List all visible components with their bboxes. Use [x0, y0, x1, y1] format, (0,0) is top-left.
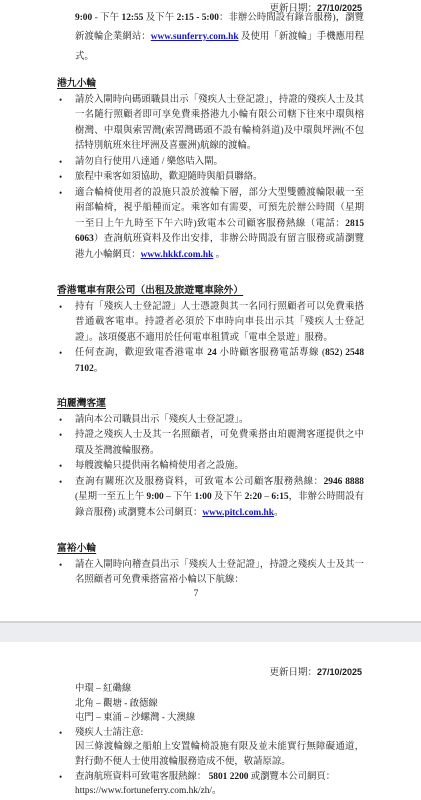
notice-body: 因三條渡輪線之船舶上安置輪椅設施有限及並未能實行無障礙通道，對行動不便人士使用渡…	[75, 740, 364, 769]
list-item: 適合輪椅使用者的設施只設於渡輪下層，部分大型雙體渡輪限載一至兩部輪椅，視乎船種而…	[57, 186, 364, 263]
route-line-northpoint-kwuntong-kaitak: 北角 – 觀塘 - 啟德線	[57, 697, 364, 712]
page-number: 7	[0, 588, 392, 600]
enquiry-text-post: 。	[212, 786, 221, 796]
update-date-label: 更新日期：	[269, 668, 317, 678]
hkkf-link[interactable]: www.hkkf.com.hk	[141, 250, 214, 260]
document-page-2: 更新日期：27/10/2025 中環 – 紅磡線 北角 – 觀塘 - 啟德線 屯…	[0, 642, 421, 800]
fortuneferry-link[interactable]: https://www.fortuneferry.com.hk/zh/	[75, 786, 212, 796]
list-item: 殘疾人士請注意: 因三條渡輪線之船舶上安置輪椅設施有限及並未能實行無障礙通道，對…	[57, 726, 364, 770]
list-item: 請勿自行使用八達通 / 樂悠咭入閘。	[57, 155, 364, 170]
document-page-1: 更新日期：27/10/2025 9:00 - 下午 12:55 及下午 2:15…	[0, 0, 421, 621]
section-pitcl: 珀麗灣客運 請向本公司職員出示「殘疾人士登記證」。 持證之殘疾人士及其一名照顧者…	[57, 397, 364, 521]
list-item: 持有「殘疾人士登記證」人士憑證與其一名同行照顧者可以免費乘搭普通載客電車。持證者…	[57, 300, 364, 346]
list-item: 查詢有關班次及服務資料，可致電本公司顧客服務熱線：2946 8888 (星期一至…	[57, 475, 364, 521]
pitcl-link[interactable]: www.pitcl.com.hk	[202, 508, 274, 518]
enquiry-text-pre: 查詢航班資料可致電客服熱線： 5801 2200 或瀏覽本公司網頁：	[75, 772, 335, 782]
section-heading-pitcl: 珀麗灣客運	[57, 397, 364, 411]
update-date-value: 27/10/2025	[317, 667, 362, 677]
list-item: 持證之殘疾人士及其一名照顧者，可免費乘搭由珀麗灣客運提供之中環及荃灣渡輪服務。	[57, 428, 364, 459]
bullet-list: 請在入閘時向稽查員出示「殘疾人士登記證」，持證之殘疾人士及其一名照顧者可免費乘搭…	[57, 558, 364, 589]
bullet-text-post: 。	[213, 250, 225, 260]
section-tram: 香港電車有限公司（出租及旅遊電車除外） 持有「殘疾人士登記證」人士憑證與其一名同…	[57, 284, 364, 377]
bullet-list: 殘疾人士請注意: 因三條渡輪線之船舶上安置輪椅設施有限及並未能實行無障礙通道，對…	[57, 726, 364, 799]
bullet-text-post: 。	[274, 508, 283, 518]
bullet-list: 請於入閘時向碼頭職員出示「殘疾人士登記證」，持證的殘疾人士及其一名隨行照顧者即可…	[57, 93, 364, 263]
section-heading-tram: 香港電車有限公司（出租及旅遊電車除外）	[57, 284, 364, 298]
list-item: 請於入閘時向碼頭職員出示「殘疾人士登記證」，持證的殘疾人士及其一名隨行照顧者即可…	[57, 93, 364, 155]
bullet-list: 請向本公司職員出示「殘疾人士登記證」。 持證之殘疾人士及其一名照顧者，可免費乘搭…	[57, 413, 364, 521]
page2-body: 中環 – 紅磡線 北角 – 觀塘 - 啟德線 屯門 – 東涌 – 沙螺灣 - 大…	[57, 682, 364, 799]
notice-title: 殘疾人士請注意:	[75, 726, 364, 741]
page-separator	[0, 621, 421, 642]
sunferry-link[interactable]: www.sunferry.com.hk	[151, 32, 239, 42]
section-hkkf: 港九小輪 請於入閘時向碼頭職員出示「殘疾人士登記證」，持證的殘疾人士及其一名隨行…	[57, 77, 364, 263]
section-fortune: 富裕小輪 請在入閘時向稽查員出示「殘疾人士登記證」，持證之殘疾人士及其一名照顧者…	[57, 542, 364, 589]
list-item: 請向本公司職員出示「殘疾人士登記證」。	[57, 413, 364, 428]
list-item: 查詢航班資料可致電客服熱線： 5801 2200 或瀏覽本公司網頁：https:…	[57, 770, 364, 799]
section-heading-hkkf: 港九小輪	[57, 77, 364, 91]
route-line-tuenmun-tungchung-taio: 屯門 – 東涌 – 沙螺灣 - 大澳線	[57, 711, 364, 726]
list-item: 任何查詢，歡迎致電香港電車 24 小時顧客服務電話專線 (852) 2548 7…	[57, 346, 364, 377]
list-item: 旅程中乘客如須協助，歡迎隨時與船員聯絡。	[57, 170, 364, 185]
list-item: 請在入閘時向稽查員出示「殘疾人士登記證」，持證之殘疾人士及其一名照顧者可免費乘搭…	[57, 558, 364, 589]
update-date-line: 更新日期：27/10/2025	[0, 666, 362, 679]
section-heading-fortune: 富裕小輪	[57, 542, 364, 556]
bullet-list: 持有「殘疾人士登記證」人士憑證與其一名同行照顧者可以免費乘搭普通載客電車。持證者…	[57, 300, 364, 377]
intro-paragraph: 9:00 - 下午 12:55 及下午 2:15 - 5:00：非辦公時間設有錄…	[75, 9, 364, 67]
list-item: 每艘渡輪只提供兩名輪椅使用者之設施。	[57, 459, 364, 474]
route-line-central-hunghom: 中環 – 紅磡線	[57, 682, 364, 697]
